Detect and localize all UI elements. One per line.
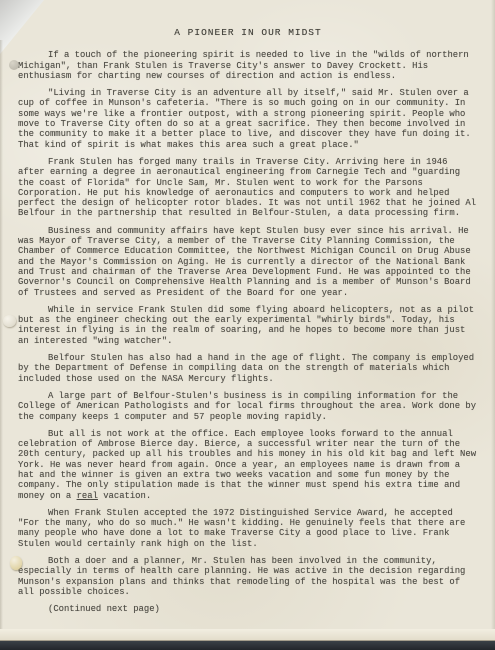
paper-blemish <box>10 556 22 570</box>
paper-blemish <box>3 315 16 327</box>
scanned-page: A PIONEER IN OUR MIDST If a touch of the… <box>0 0 495 650</box>
page-bottom-edge <box>0 629 495 641</box>
paper-blemish <box>9 60 19 70</box>
paragraph-community-affairs: Business and community affairs have kept… <box>18 226 478 298</box>
paragraph-flying: While in service Frank Stulen did some f… <box>18 305 478 346</box>
page-edge-shadow-right <box>491 0 495 630</box>
document-body: A PIONEER IN OUR MIDST If a touch of the… <box>18 28 478 622</box>
paragraph-quote-living: "Living in Traverse City is an adventure… <box>18 88 478 150</box>
paragraph-defense-work: Belfour Stulen has also had a hand in th… <box>18 353 478 384</box>
paragraph-company-business: A large part of Belfour-Stulen's busines… <box>18 391 478 422</box>
underlined-word: real <box>77 491 98 501</box>
page-edge-shadow-left <box>0 40 3 630</box>
paragraph-service-award: When Frank Stulen accepted the 1972 Dist… <box>18 508 478 549</box>
continued-next-page-note: (Continued next page) <box>18 604 478 614</box>
paragraph-career: Frank Stulen has forged many trails in T… <box>18 157 478 219</box>
scanner-background-bar <box>0 641 495 650</box>
paragraph-bierce-day: But all is not work at the office. Each … <box>18 429 478 501</box>
document-title: A PIONEER IN OUR MIDST <box>18 28 478 38</box>
paragraph-intro: If a touch of the pioneering spirit is n… <box>18 50 478 81</box>
paragraph-closing: Both a doer and a planner, Mr. Stulen ha… <box>18 556 478 597</box>
paragraph-text: vacation. <box>98 491 151 501</box>
